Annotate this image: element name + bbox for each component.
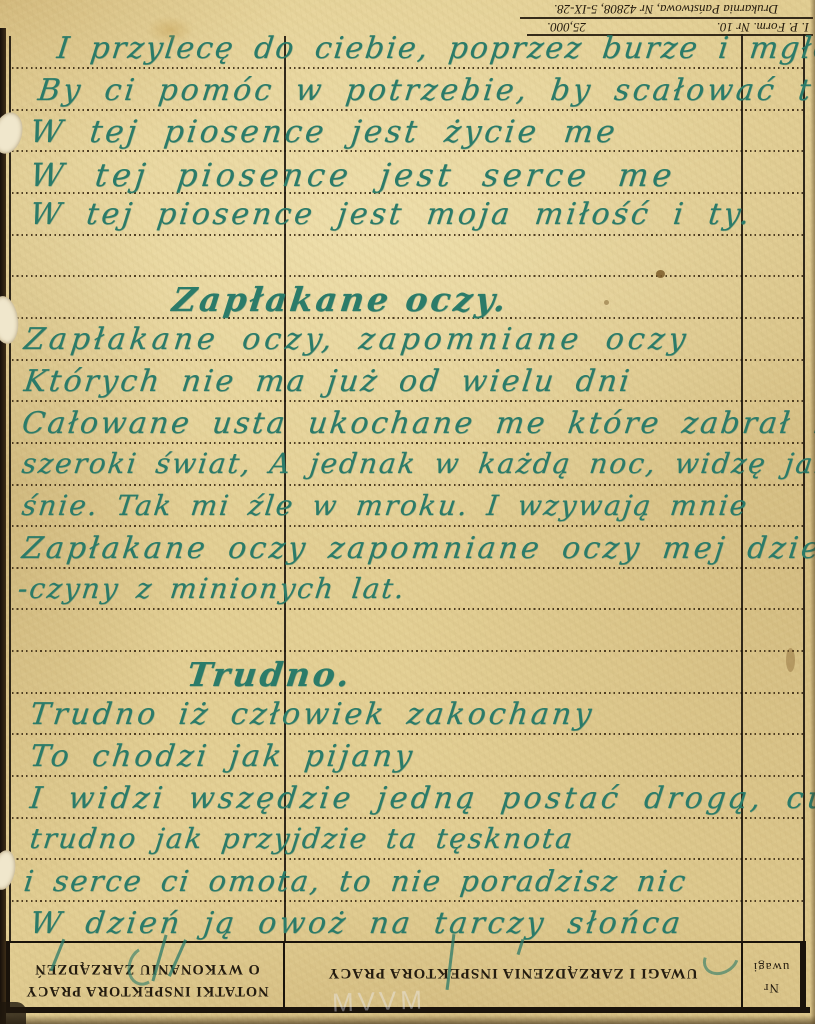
handwritten-line: W tej piosence jest serce me [28,156,678,194]
ruled-dotted-line [12,858,806,860]
ruled-dotted-line [12,733,806,735]
column-rule-left-edge [9,36,11,942]
handwritten-line: Trudno iż człowiek zakochany [28,697,596,732]
footer-table-divider-2 [741,941,743,1007]
footer-cell-remarks: UWAGI I ZARZĄDZENIA INSPEKTORA PRACY [290,958,735,988]
paper-stain [604,300,609,305]
scan-shadow-bottom [0,1015,815,1024]
paper-damage-blob [0,294,21,345]
paper-stain [786,648,795,672]
watermark-text: MVVM [331,984,426,1018]
handwritten-line: Których nie ma już od wielu dni [22,364,634,399]
ruled-dotted-line [12,525,806,527]
scan-shadow-right [810,0,815,1024]
footer-nr-line2: uwagi [745,956,797,977]
paper-damage-blob [0,848,18,891]
handwritten-line: Całowane usta ukochane me które zabrał m… [20,406,815,441]
handwritten-line: szeroki świat, A jednak w każdą noc, wid… [20,447,815,480]
ruled-dotted-line [12,484,806,486]
verse-title: Trudno. [185,655,354,694]
handwritten-line: Zapłakane oczy zapomniane oczy mej dziew… [20,531,815,566]
handwritten-line: śnie. Tak mi źle w mroku. I wzywają mnie [20,489,750,522]
handwritten-line: W tej piosence jest moja miłość i ty. [28,197,754,232]
ruled-dotted-line [12,67,806,69]
footer-nr-line1: Nr [745,977,797,998]
handwritten-line: I widzi wszędzie jedną postać drogą, cud… [28,781,815,816]
footer-cell-remark-number: Nr uwagi [745,950,797,998]
ruled-dotted-line [12,442,806,444]
handwritten-line: W dzień ją owoż na tarczy słońca [28,906,685,941]
ruled-dotted-line [12,275,806,277]
ruled-dotted-line [12,109,806,111]
ruled-dotted-line [12,150,806,152]
ruled-dotted-line [12,234,806,236]
handwritten-line: By ci pomóc w potrzebie, by scałować twe… [36,73,815,108]
handwritten-line: trudno jak przyjdzie ta tęsknota [28,822,576,855]
handwritten-line: Zapłakane oczy, zapomniane oczy [22,322,692,357]
ruled-dotted-line [12,692,806,694]
handwritten-line: W tej piosence jest życie me [28,114,620,150]
scanned-notebook-page: Drukarnia Państwowa, Nr 42808, 5-IX-28. … [0,0,815,1024]
ruled-dotted-line [12,900,806,902]
ruled-dotted-line [12,775,806,777]
paper-stain [656,270,665,278]
paper-stain [146,16,194,44]
printer-imprint-line: Drukarnia Państwowa, Nr 42808, 5-IX-28. [518,1,814,17]
verse-title: Zapłakane oczy. [170,280,511,319]
footer-table-top-border [9,941,806,943]
footer-table-divider-1 [283,941,285,1007]
handwritten-line: i serce ci omota, to nie poradzisz nic [22,864,689,898]
scan-shadow-corner [0,1002,26,1024]
handwritten-line: To chodzi jak pijany [28,739,417,774]
handwritten-line: -czyny z minionych lat. [16,572,408,605]
footer-table-right-border [800,941,806,1013]
ruled-dotted-line [12,400,806,402]
ruled-dotted-line [12,359,806,361]
ruled-dotted-line [12,608,806,610]
ruled-dotted-line [12,567,806,569]
ruled-dotted-line [12,650,806,652]
ruled-dotted-line [12,817,806,819]
